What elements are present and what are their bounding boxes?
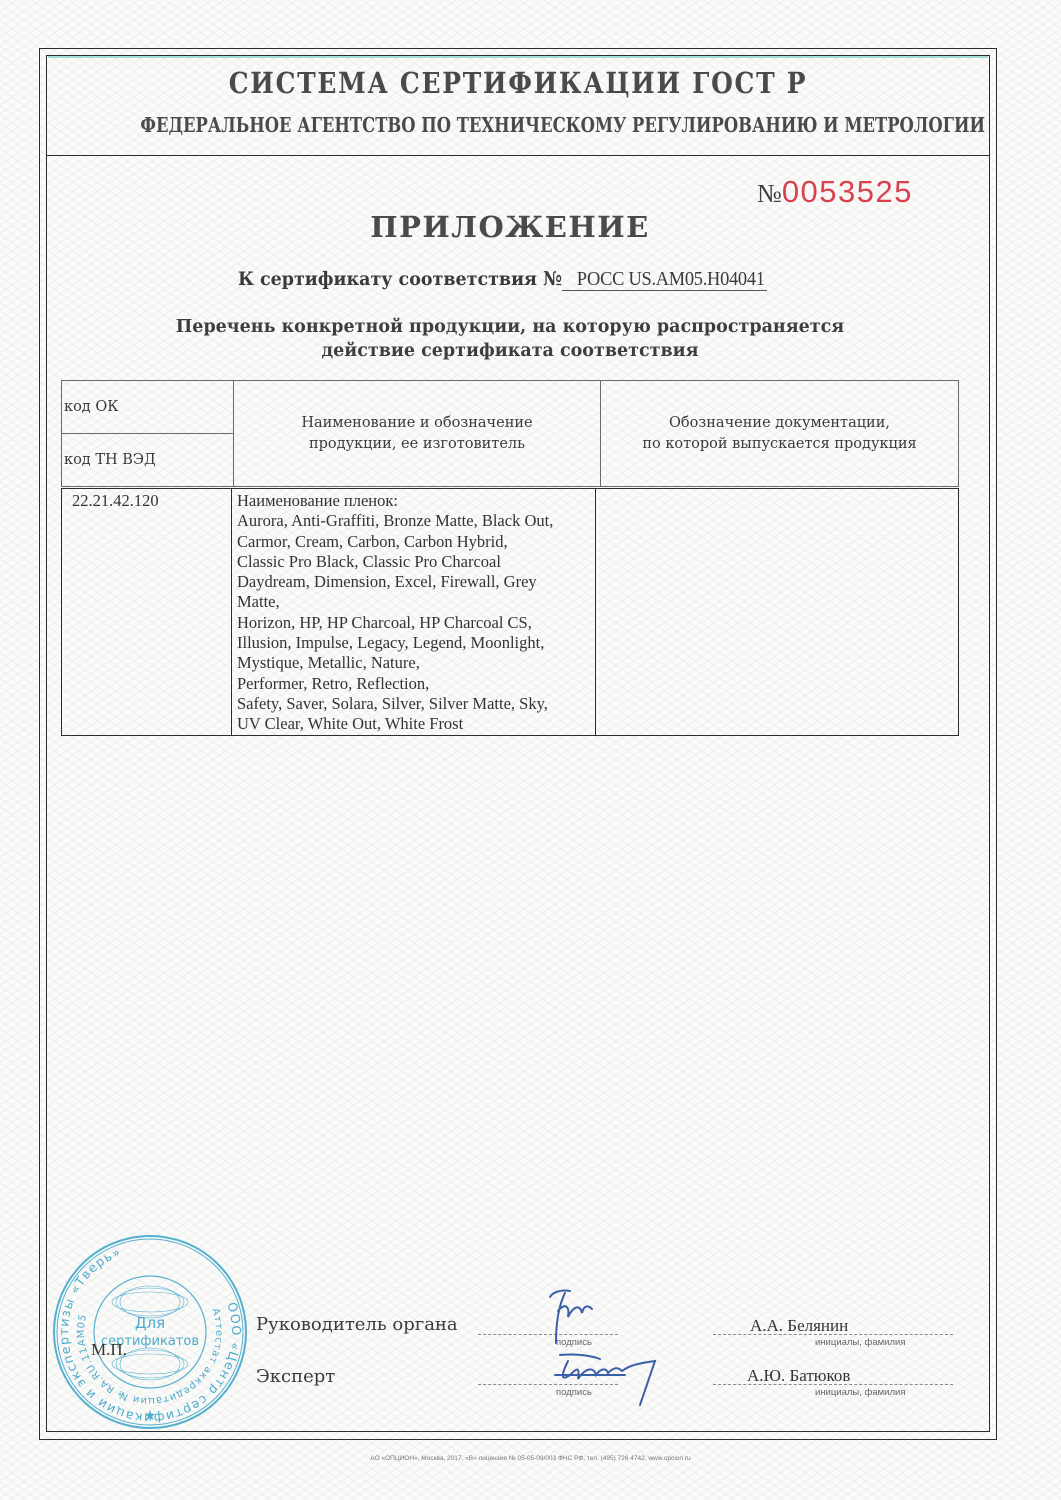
film-name-line: UV Clear, White Out, White Frost — [237, 714, 591, 734]
serial-value: 0053525 — [782, 174, 913, 209]
film-name-line: Наименование пленок: — [237, 491, 591, 511]
header-divider — [46, 155, 990, 156]
svg-text:Для: Для — [135, 1314, 165, 1332]
film-name-line: Mystique, Metallic, Nature, — [237, 653, 591, 673]
head-signature — [530, 1283, 620, 1348]
expert-name: А.Ю. Батюков — [747, 1366, 850, 1386]
table-header: код ОК Наименование и обозначение продук… — [61, 380, 959, 487]
film-name-line: Safety, Saver, Solara, Silver, Silver Ma… — [237, 694, 591, 714]
header-product-name: Наименование и обозначение продукции, ее… — [234, 381, 601, 487]
svg-text:★: ★ — [144, 1408, 157, 1424]
name-caption: инициалы, фамилия — [815, 1387, 905, 1398]
film-name-line: Aurora, Anti-Graffiti, Bronze Matte, Bla… — [237, 511, 591, 531]
product-list-title: Перечень конкретной продукции, на котору… — [0, 315, 1020, 363]
film-name-line: Horizon, HP, HP Charcoal, HP Charcoal CS… — [237, 613, 591, 633]
head-name: А.А. Белянин — [750, 1316, 848, 1336]
list-title-line: Перечень конкретной продукции, на котору… — [0, 315, 1020, 339]
product-names: Наименование пленок:Aurora, Anti-Graffit… — [232, 489, 596, 736]
inner-frame — [46, 55, 990, 1432]
table-row: 22.21.42.120 Наименование пленок:Aurora,… — [62, 489, 959, 736]
official-seal-stamp: ООО «Центр сертификации и экспертизы «Тв… — [50, 1232, 250, 1432]
number-sign: № — [757, 179, 782, 208]
header-text: Наименование и обозначение — [235, 413, 599, 434]
serial-number: №0053525 — [757, 174, 913, 210]
product-table: 22.21.42.120 Наименование пленок:Aurora,… — [61, 488, 959, 736]
seal-mark: М.П. — [91, 1340, 127, 1360]
film-name-line: Classic Pro Black, Classic Pro Charcoal — [237, 552, 591, 572]
head-of-body-label: Руководитель органа — [256, 1314, 458, 1335]
header-text: Обозначение документации, — [602, 413, 957, 434]
certificate-number: РОСС US.АМ05.Н04041 — [562, 268, 766, 291]
header-text: по которой выпускается продукция — [602, 434, 957, 455]
header-documentation: Обозначение документации, по которой вып… — [601, 381, 959, 487]
film-name-line: Carmor, Cream, Carbon, Carbon Hybrid, — [237, 532, 591, 552]
product-documentation — [596, 489, 959, 736]
header-tint — [48, 56, 988, 58]
film-name-line: Illusion, Impulse, Legacy, Legend, Moonl… — [237, 633, 591, 653]
printer-footer: АО «ОПЦИОН», Москва, 2017, «В» лицензия … — [0, 1455, 1061, 1462]
film-name-line: Performer, Retro, Reflection, — [237, 674, 591, 694]
film-name-line: Daydream, Dimension, Excel, Firewall, Gr… — [237, 572, 591, 592]
expert-signature — [540, 1345, 690, 1410]
header-code-ok: код ОК — [62, 381, 234, 434]
name-caption: инициалы, фамилия — [815, 1337, 905, 1348]
agency-title: ФЕДЕРАЛЬНОЕ АГЕНТСТВО ПО ТЕХНИЧЕСКОМУ РЕ… — [140, 113, 895, 137]
header-text: продукции, ее изготовитель — [235, 434, 599, 455]
list-title-line: действие сертификата соответствия — [0, 339, 1020, 363]
certificate-label: К сертификату соответствия № — [238, 268, 562, 290]
product-code: 22.21.42.120 — [62, 489, 232, 736]
system-title: СИСТЕМА СЕРТИФИКАЦИИ ГОСТ Р — [112, 66, 924, 100]
film-name-line: Matte, — [237, 592, 591, 612]
header-code-tn-ved: код ТН ВЭД — [62, 434, 234, 487]
annex-title: ПРИЛОЖЕНИЕ — [0, 210, 1020, 244]
expert-label: Эксперт — [256, 1366, 335, 1387]
certificate-reference: К сертификату соответствия №РОСС US.АМ05… — [238, 268, 767, 291]
